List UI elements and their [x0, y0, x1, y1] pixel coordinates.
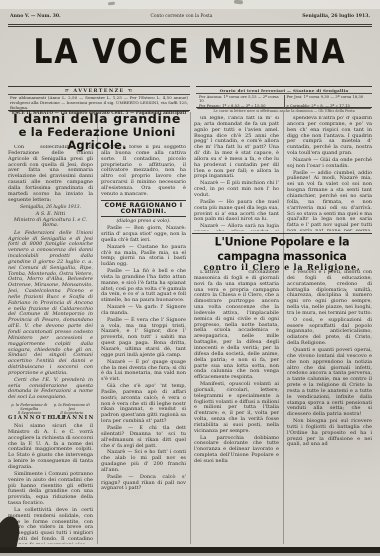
notices-box: ☞ AVVERTENZE ☜ Per abbonamenti (Anno L. … — [8, 86, 190, 111]
issue-info-bar: Anno V. — Num. 30. Conto corrente con la… — [10, 14, 370, 19]
timetable-cell: e Corinaldo: 2ª » 8, — 3ª » 17,15 — [285, 104, 372, 109]
signature-org: p. la Federazione di Senigallia — [8, 403, 51, 411]
column-divider — [190, 112, 191, 544]
signature: p. la Federazione di Jesi Il Segretario … — [51, 403, 94, 422]
column-1: Con sollecitudine la Federazione delle U… — [8, 145, 93, 544]
issue-date: Senigallia, 26 luglio 1913. — [302, 14, 370, 19]
timetable-box: Orario dei treni ferroviari — Stazione d… — [196, 86, 372, 108]
article1-intro: Con sollecitudine la Federazione delle U… — [8, 145, 93, 203]
article1-continuation: torie è forse il più soggetto alla buona… — [101, 145, 186, 198]
column-divider — [283, 112, 284, 544]
page-body: I danni della grandine e la Federazione … — [8, 112, 372, 544]
article3-headline: L'Unione Popolare e la campagna massonic… — [192, 233, 372, 272]
paragraph: Nazarè — È più minchion chi l' cred, in … — [194, 181, 279, 199]
notices-title: ☞ AVVERTENZE ☜ — [8, 87, 190, 95]
page-top-edge — [0, 0, 380, 9]
signature-block: p. la Federazione di Senigallia Il Segre… — [8, 403, 93, 422]
signature-name: CAPANNINI — [51, 416, 94, 422]
masthead-title: LA VOCE MISENA — [0, 27, 380, 77]
paragraph: La parrocchia dobbiamo consolare doloran… — [194, 436, 279, 465]
paragraph: Pasîle — Bon giorn, Nazarè: sritìa d' ac… — [101, 226, 186, 244]
newspaper-page: Anno V. — Num. 30. Conto corrente con la… — [0, 0, 380, 556]
paper-tear-mark — [234, 0, 243, 4]
postal-note: Conto corrente con la Posta — [150, 14, 212, 19]
paragraph: I vescovi e i preti, insorti con dei fog… — [287, 270, 372, 317]
signature: p. la Federazione di Senigallia Il Segre… — [8, 403, 51, 422]
paragraph: Nazarè — E po' quage quage che la mei dv… — [101, 360, 186, 383]
paragraph: L'attiva circolazione massonica di fogli… — [194, 270, 279, 381]
paragraph: Certi che l'E. V. prenderà in seria cons… — [8, 378, 93, 401]
dialogue-col4: spendeva n'altra po' d' quadrin ancora p… — [287, 116, 372, 231]
paragraph: La collettività deve in certi momenti re… — [8, 508, 93, 544]
column-3-top: un leghe, l'anca fatt la m' sì pa; arta … — [194, 116, 279, 231]
paragraph: torie è forse il più soggetto alla buona… — [101, 145, 186, 198]
paragraph: Quanti e quanti poveri operai, che vivon… — [287, 348, 372, 418]
paragraph: Non bisogna poi sul ricevere tutti i fog… — [287, 419, 372, 448]
paragraph: Con sollecitudine la Federazione delle U… — [8, 145, 93, 203]
paragraph: Similmente i Comuni potranno venire in a… — [8, 472, 93, 507]
column-4-bottom: I vescovi e i preti, insorti con dei fog… — [287, 270, 372, 492]
paragraph: Pasîle — La fiò è bell e che vista la gr… — [101, 269, 186, 304]
dialogue-col3: un leghe, l'anca fatt la m' sì pa; arta … — [194, 116, 279, 231]
paragraph: Nazarè — Giài da onde perché soj non l'o… — [287, 158, 372, 170]
column-2: torie è forse il più soggetto alla buona… — [101, 145, 186, 544]
timetable-cell: Per Pesaro: 1ª » 8,53 — 3ª » 15,50 — [197, 104, 285, 109]
article1-headline-line1: I danni della grandine — [8, 112, 186, 126]
signature-org: p. la Federazione di Jesi — [51, 403, 94, 411]
paragraph: Pasîle — È vera che l' Signore a vola, m… — [101, 318, 186, 359]
article3-headline-line1: L'Unione Popolare e la campagna massonic… — [192, 236, 372, 263]
notices-body: Per abbonamenti (Anno L. 2,50 — Semestre… — [8, 95, 190, 111]
paragraph: Pasîle — addio ciumbel, addio pulienze! … — [287, 171, 372, 231]
letter-body: Le Federazioni delle Unioni Agricole di … — [8, 231, 93, 401]
paragraph: Nazarè — Va garb: l' Signore cla manda. — [101, 305, 186, 317]
paragraph: Pasîle — E chi tla dett silentati? Dmann… — [101, 426, 186, 449]
article3-left-column: L'attiva circolazione massonica di fogli… — [194, 270, 279, 465]
column-divider — [97, 112, 98, 544]
dialogue-col2: Pasîle — Bon giorn, Nazarè: sritìa d' ac… — [101, 226, 186, 492]
paragraph: Le Federazioni delle Unioni Agricole di … — [8, 231, 93, 377]
article3-right-column: I vescovi e i preti, insorti con dei fog… — [287, 270, 372, 448]
letter-dateline: Senigallia, 26 luglio 1913. — [8, 205, 93, 211]
paragraph: Pasîle — Donca calcò s' rigagn? quand ri… — [101, 475, 186, 493]
paragraph: O così, e supplicazioni di essere sopraf… — [287, 318, 372, 347]
letter-addressee: A S. E. Nitti Ministro di Agricoltura I.… — [8, 212, 93, 229]
timetable-title: Orario dei treni ferroviari — Stazione d… — [196, 87, 372, 94]
article2-header: COME RAGIONANO I CONTADINI. — [101, 200, 186, 217]
paragraph: Pasîle — Ho paura che nuel costa più man… — [194, 200, 279, 223]
paragraph: Noi siamo sicuri che il Ministro di A. I… — [8, 424, 93, 471]
paragraph: Già che s'è apo' 'nt temp, Pasîle, parem… — [101, 384, 186, 425]
signature-name: GIANNOTELLI — [8, 416, 51, 422]
paragraph: Nazarè — Allora sarà na lugia apena che … — [194, 224, 279, 231]
article2-subheader: (dialogo preso a volo). — [101, 219, 186, 225]
paragraph: Manifesti, opuscoli volanti ai giornali,… — [194, 382, 279, 435]
paragraph: Nazarè — Sci e ho fatt' i conti che alab… — [101, 450, 186, 473]
addressee-line: Roma. — [8, 223, 93, 229]
paragraph: spendeva n'altra po' d' quadrin ancora p… — [287, 116, 372, 157]
article1-closing: Noi siamo sicuri che il Ministro di A. I… — [8, 424, 93, 544]
paragraph: Nazarè — Custane ho paura ch'è na mala, … — [101, 245, 186, 268]
column-4-top: spendeva n'altra po' d' quadrin ancora p… — [287, 116, 372, 231]
timetable-row: Per Pesaro: 1ª » 8,53 — 3ª » 15,50 e Cor… — [196, 104, 372, 109]
issue-number: Anno V. — Num. 30. — [10, 14, 61, 19]
paragraph: un leghe, l'anca fatt la m' sì pa; arta … — [194, 116, 279, 180]
column-3-bottom: L'attiva circolazione massonica di fogli… — [194, 270, 279, 540]
